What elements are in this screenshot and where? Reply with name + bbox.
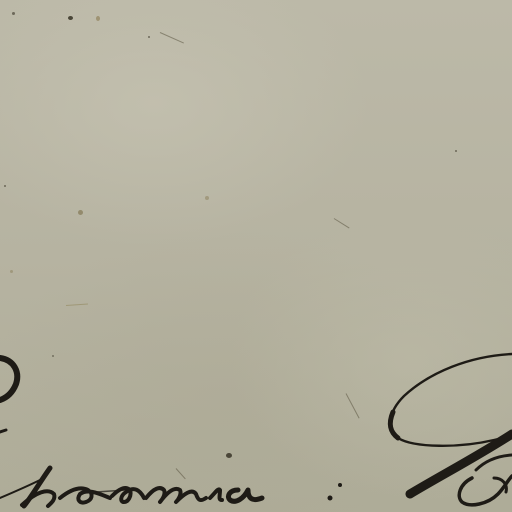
manuscript-page: rhonia : B xyxy=(0,0,512,512)
transcription: rhonia : B xyxy=(0,0,1,1)
handwriting-ink xyxy=(0,0,512,512)
